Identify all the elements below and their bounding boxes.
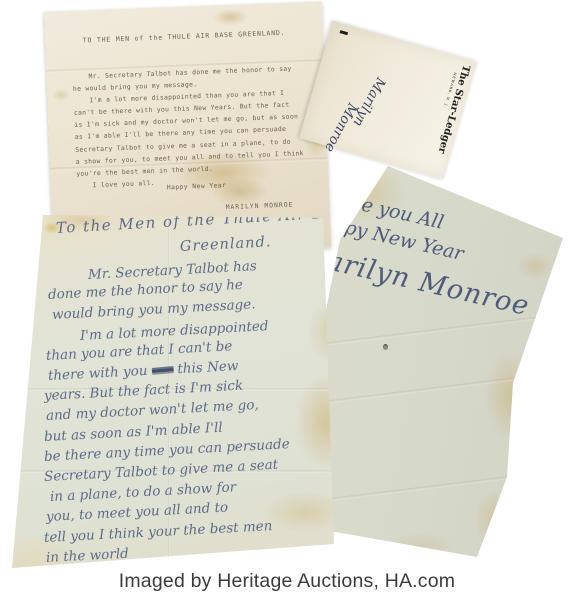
fold-crease	[309, 373, 548, 405]
handwritten-letter-page-2: I love you All Happy New Year Marilyn Mo…	[300, 148, 574, 572]
envelope-corner-mark	[340, 30, 348, 35]
envelope-return-address: The Star-Ledger NEWARK, N. J.	[431, 62, 472, 154]
fold-crease	[309, 471, 548, 503]
handwritten-letter-page-1: To the Men of the Thule Air Base Greenla…	[10, 212, 340, 574]
typed-letter-heading: TO THE MEN of the THULE AIR BASE GREENLA…	[45, 27, 323, 46]
handwritten-line-segment: this New	[177, 358, 239, 377]
pin-hole	[383, 344, 388, 350]
handwritten-body: Mr. Secretary Talbot has done me the hon…	[44, 265, 336, 568]
auction-photo: TO THE MEN of the THULE AIR BASE GREENLA…	[0, 0, 574, 600]
watermark-text: Imaged by Heritage Auctions, HA.com	[0, 570, 574, 593]
envelope-handwritten-name: Marilyn Monroe	[321, 54, 396, 161]
crossed-out-word	[151, 368, 173, 373]
typed-signature: MARILYN MONROE	[225, 201, 293, 212]
typed-new-year-wish: Happy New Year	[167, 181, 227, 191]
handwritten-closing: I love you All Happy New Year Marilyn Mo…	[294, 182, 546, 322]
typed-letter-body: Mr. Secretary Talbot has done me the hon…	[72, 62, 312, 192]
handwritten-letter-text: To the Men of the Thule Air Base Greenla…	[44, 218, 336, 568]
fold-crease	[309, 315, 548, 347]
